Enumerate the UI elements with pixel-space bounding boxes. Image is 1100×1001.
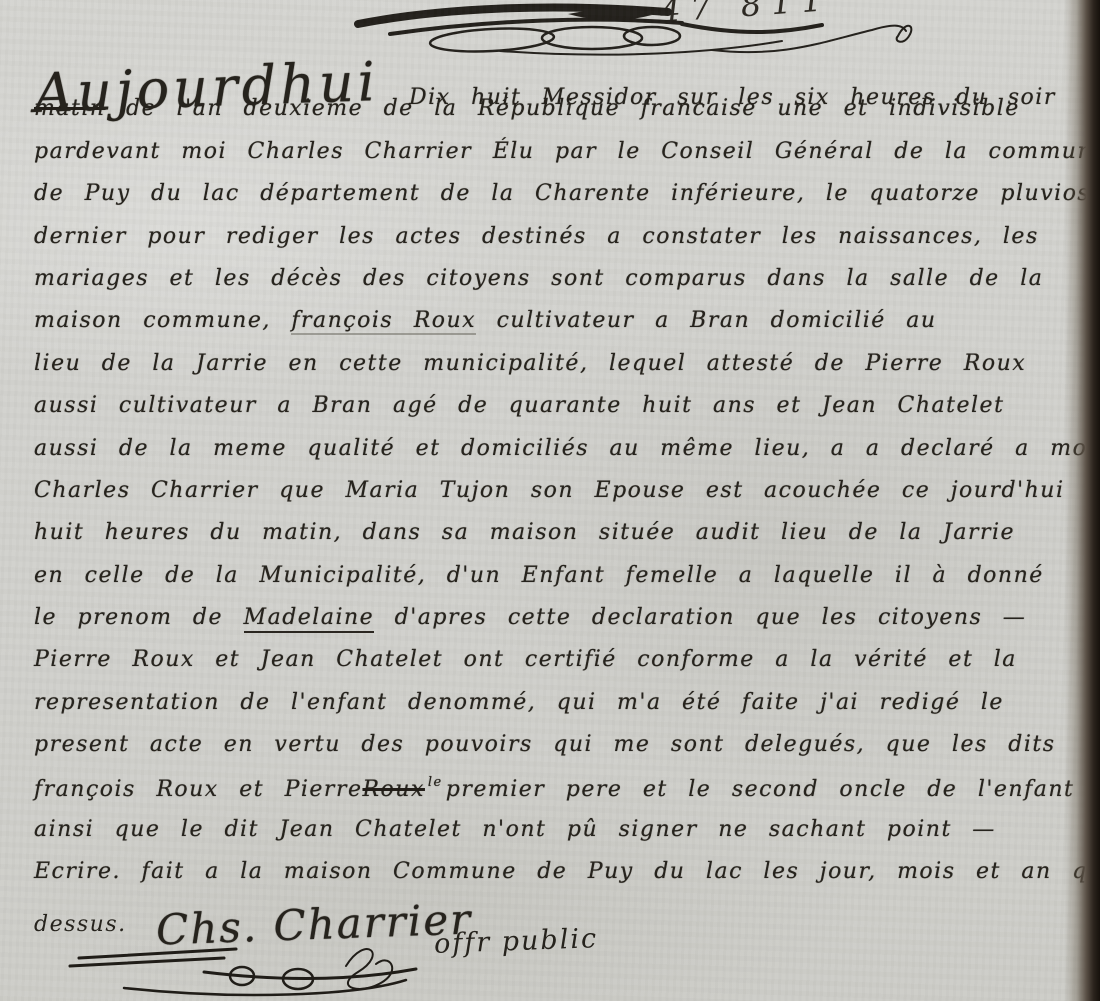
closing-block: dessus. Chs. Charrier offr public bbox=[34, 900, 1080, 1000]
struck-word: Roux bbox=[362, 777, 424, 802]
pencil-underlined-name: françois Roux bbox=[291, 308, 476, 335]
manuscript-line: Ecrire. fait a la maison Commune de Puy … bbox=[34, 859, 1080, 901]
manuscript-line: mariages et les décès des citoyens sont … bbox=[34, 266, 1080, 308]
line-text: d'apres cette declaration que les citoye… bbox=[395, 605, 1027, 630]
child-name-underlined: Madelaine bbox=[244, 605, 375, 633]
closing-lead-word: dessus. bbox=[34, 912, 127, 937]
line-text: le prenom de bbox=[34, 605, 223, 630]
manuscript-line: françois Roux et PierreRouxlepremier per… bbox=[34, 775, 1080, 817]
manuscript-line: present acte en vertu des pouvoirs qui m… bbox=[34, 732, 1080, 774]
manuscript-line: lieu de la Jarrie en cette municipalité,… bbox=[34, 351, 1080, 393]
manuscript-line: AujourdhuiDix huit Messidor sur les six … bbox=[34, 54, 1080, 96]
ink-flourish-icon bbox=[350, 0, 950, 62]
manuscript-line: aussi cultivateur a Bran agé de quarante… bbox=[34, 393, 1080, 435]
manuscript-line: pardevant moi Charles Charrier Élu par l… bbox=[34, 139, 1080, 181]
manuscript-line: en celle de la Municipalité, d'un Enfant… bbox=[34, 563, 1080, 605]
signature-paraph-icon bbox=[54, 944, 614, 1000]
manuscript-line: aussi de la meme qualité et domiciliés a… bbox=[34, 436, 1080, 478]
manuscript-line: maison commune, françois Roux cultivateu… bbox=[34, 308, 1080, 350]
act-body: AujourdhuiDix huit Messidor sur les six … bbox=[34, 54, 1080, 902]
inserted-word: le bbox=[428, 775, 443, 790]
line-text: françois Roux et Pierre bbox=[34, 777, 362, 802]
line-text: maison commune, bbox=[34, 308, 271, 333]
manuscript-line: dernier pour rediger les actes destinés … bbox=[34, 224, 1080, 266]
line-text: cultivateur a Bran domicilié au bbox=[497, 308, 937, 333]
manuscript-line: ainsi que le dit Jean Chatelet n'ont pû … bbox=[34, 817, 1080, 859]
manuscript-line: de Puy du lac département de la Charente… bbox=[34, 181, 1080, 223]
manuscript-line: Pierre Roux et Jean Chatelet ont certifi… bbox=[34, 647, 1080, 689]
manuscript-line: representation de l'enfant denommé, qui … bbox=[34, 690, 1080, 732]
manuscript-page: 47 811 AujourdhuiDix huit Messidor sur l… bbox=[0, 0, 1100, 1001]
line-text: premier pere et le second oncle de l'enf… bbox=[446, 777, 1075, 802]
book-binding-shadow bbox=[1064, 0, 1100, 1001]
manuscript-line: le prenom de Madelaine d'apres cette dec… bbox=[34, 605, 1080, 647]
opening-word: Aujourdhui bbox=[33, 50, 380, 125]
manuscript-line: huit heures du matin, dans sa maison sit… bbox=[34, 520, 1080, 562]
manuscript-line: Charles Charrier que Maria Tujon son Epo… bbox=[34, 478, 1080, 520]
